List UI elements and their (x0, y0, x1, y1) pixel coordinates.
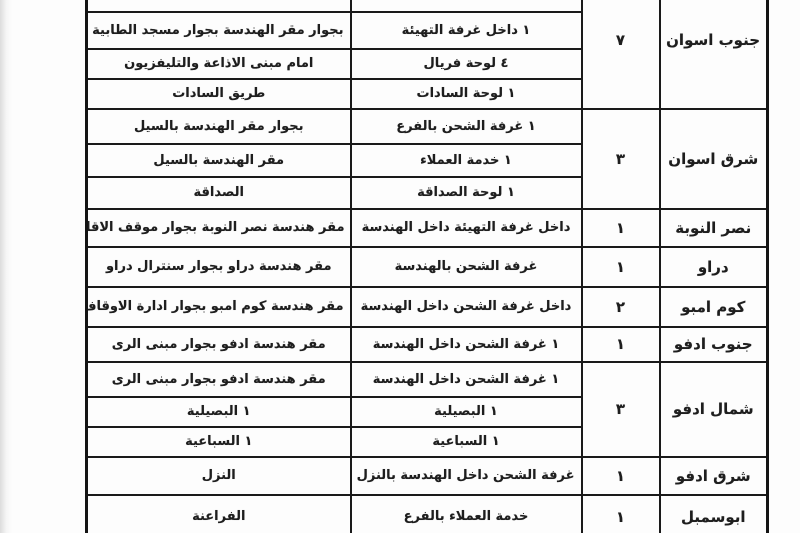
page-scan-edge (0, 0, 12, 533)
scanned-document-page: جنوب اسوان٧١ داخل غرفة التهيئةبجوار مقر … (0, 0, 800, 533)
region-cell: نصر النوبة (660, 209, 768, 247)
count-cell: ٣ (582, 109, 660, 209)
table-row: دراو١غرفة الشحن بالهندسةمقر هندسة دراو ب… (87, 247, 768, 287)
point-cell: داخل غرفة الشحن داخل الهندسة (351, 287, 582, 327)
location-cell: مقر هندسة ادفو بجوار مبنى الرى (87, 362, 351, 397)
point-cell: خدمة العملاء بالفرع (351, 495, 582, 533)
location-cell: النزل (87, 457, 351, 495)
count-cell: ٣ (582, 362, 660, 457)
count-cell: ١ (582, 495, 660, 533)
location-cell (87, 0, 351, 12)
table-body: جنوب اسوان٧١ داخل غرفة التهيئةبجوار مقر … (87, 0, 768, 533)
point-cell: ١ غرفة الشحن بالفرع (351, 109, 582, 144)
location-cell: امام مبنى الاذاعة والتليفزيون (87, 49, 351, 79)
table-row: كوم امبو٢داخل غرفة الشحن داخل الهندسةمقر… (87, 287, 768, 327)
count-cell: ١ (582, 209, 660, 247)
point-cell (351, 0, 582, 12)
location-cell: مقر هندسة نصر النوبة بجوار موقف الاقاليم (87, 209, 351, 247)
location-cell: طريق السادات (87, 79, 351, 109)
location-cell: مقر الهندسة بالسيل (87, 144, 351, 177)
table-row: شرق ادفو١غرفة الشحن داخل الهندسة بالنزلا… (87, 457, 768, 495)
count-cell: ١ (582, 247, 660, 287)
count-cell: ٢ (582, 287, 660, 327)
region-cell: دراو (660, 247, 768, 287)
table-row: شرق اسوان٣١ غرفة الشحن بالفرعبجوار مقر ا… (87, 109, 768, 144)
region-cell: جنوب ادفو (660, 327, 768, 362)
point-cell: غرفة الشحن داخل الهندسة بالنزل (351, 457, 582, 495)
table-row: شمال ادفو٣١ غرفة الشحن داخل الهندسةمقر ه… (87, 362, 768, 397)
point-cell: ١ لوحة الصداقة (351, 177, 582, 209)
location-cell: مقر هندسة دراو بجوار سنترال دراو (87, 247, 351, 287)
point-cell: ١ السباعية (351, 427, 582, 457)
location-cell: ١ البصيلية (87, 397, 351, 427)
region-cell: شرق ادفو (660, 457, 768, 495)
point-cell: ١ غرفة الشحن داخل الهندسة (351, 327, 582, 362)
count-cell: ٧ (582, 0, 660, 109)
location-cell: مقر هندسة ادفو بجوار مبنى الرى (87, 327, 351, 362)
location-cell: الفراعنة (87, 495, 351, 533)
table-row: جنوب ادفو١١ غرفة الشحن داخل الهندسةمقر ه… (87, 327, 768, 362)
region-cell: ابوسمبل (660, 495, 768, 533)
table-row: نصر النوبة١داخل غرفة التهيئة داخل الهندس… (87, 209, 768, 247)
location-cell: بجوار مقر الهندسة بجوار مسجد الطابية (87, 12, 351, 49)
point-cell: ١ لوحة السادات (351, 79, 582, 109)
count-cell: ١ (582, 457, 660, 495)
region-cell: شرق اسوان (660, 109, 768, 209)
location-cell: الصداقة (87, 177, 351, 209)
point-cell: داخل غرفة التهيئة داخل الهندسة (351, 209, 582, 247)
table-row: جنوب اسوان٧ (87, 0, 768, 12)
location-cell: ١ السباعية (87, 427, 351, 457)
location-cell: مقر هندسة كوم امبو بجوار ادارة الاوقاف (87, 287, 351, 327)
count-cell: ١ (582, 327, 660, 362)
point-cell: غرفة الشحن بالهندسة (351, 247, 582, 287)
point-cell: ١ غرفة الشحن داخل الهندسة (351, 362, 582, 397)
region-cell: كوم امبو (660, 287, 768, 327)
location-cell: بجوار مقر الهندسة بالسيل (87, 109, 351, 144)
region-cell: شمال ادفو (660, 362, 768, 457)
point-cell: ١ داخل غرفة التهيئة (351, 12, 582, 49)
table-row: ابوسمبل١خدمة العملاء بالفرعالفراعنة (87, 495, 768, 533)
region-cell: جنوب اسوان (660, 0, 768, 109)
point-cell: ١ البصيلية (351, 397, 582, 427)
point-cell: ٤ لوحة فريال (351, 49, 582, 79)
distribution-points-table: جنوب اسوان٧١ داخل غرفة التهيئةبجوار مقر … (85, 0, 769, 533)
point-cell: ١ خدمة العملاء (351, 144, 582, 177)
